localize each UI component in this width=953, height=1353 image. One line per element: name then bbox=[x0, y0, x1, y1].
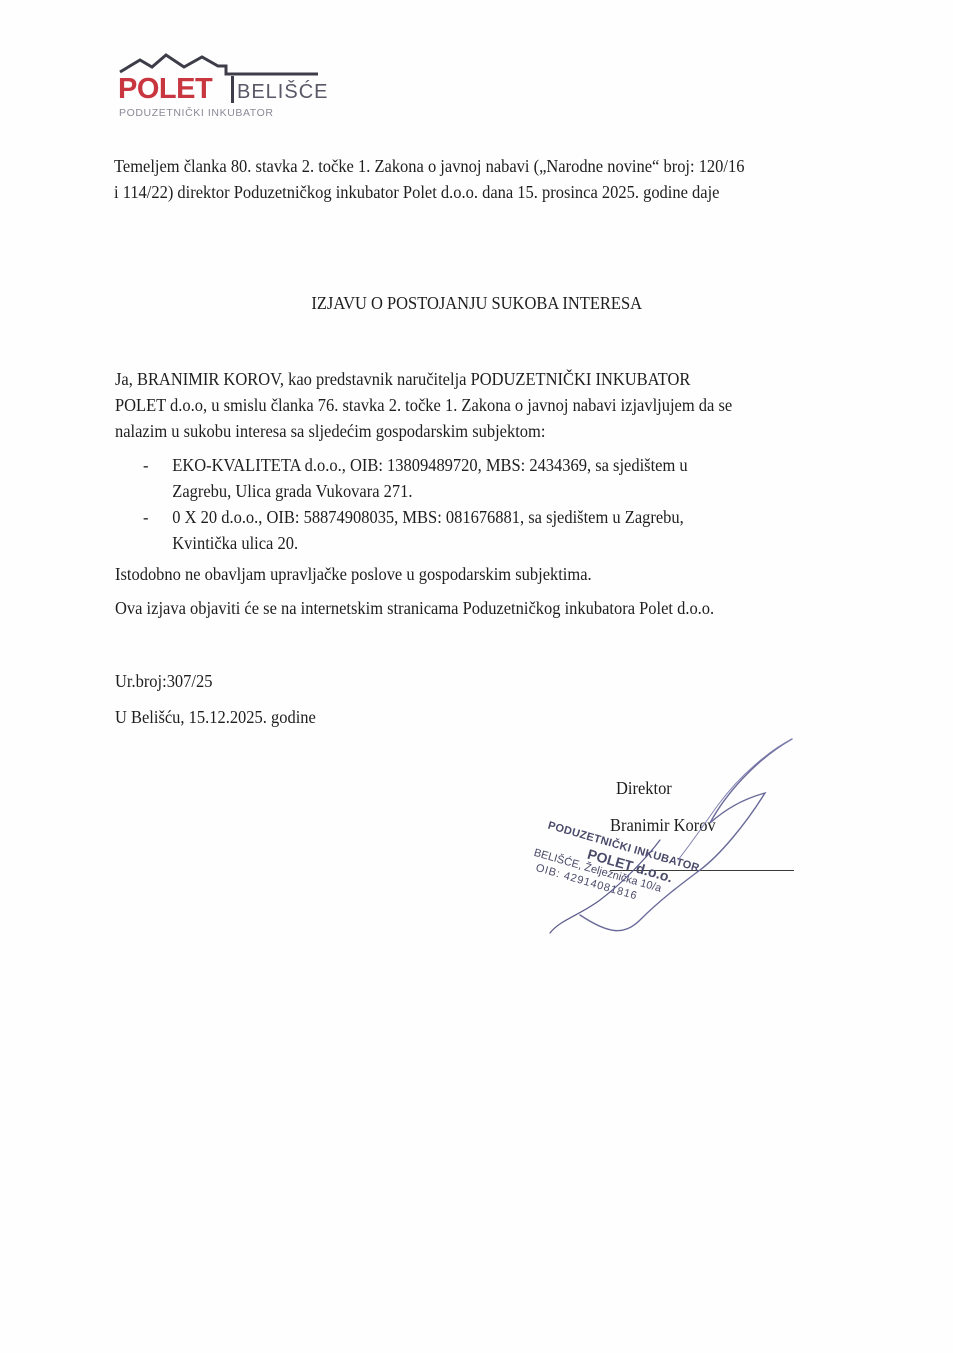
statement-paragraph: Ja, BRANIMIR KOROV, kao predstavnik naru… bbox=[115, 366, 732, 444]
entity-line: 0 X 20 d.o.o., OIB: 58874908035, MBS: 08… bbox=[172, 504, 687, 530]
intro-paragraph: Temeljem članka 80. stavka 2. točke 1. Z… bbox=[114, 153, 744, 205]
list-bullet: - bbox=[143, 504, 148, 530]
company-stamp: PODUZETNIČKI INKUBATOR POLET d.o.o. BELI… bbox=[511, 818, 736, 988]
management-statement: Istodobno ne obavljam upravljačke poslov… bbox=[115, 561, 592, 587]
publication-statement: Ova izjava objaviti će se na internetski… bbox=[115, 595, 714, 621]
document-page: POLET BELIŠĆE PODUZETNIČKI INKUBATOR Tem… bbox=[0, 0, 953, 1353]
signatory-name: Branimir Korov bbox=[610, 812, 716, 838]
list-bullet: - bbox=[143, 452, 148, 478]
reference-number: Ur.broj:307/25 bbox=[115, 668, 212, 694]
logo-divider bbox=[231, 76, 234, 103]
logo-subtitle: PODUZETNIČKI INKUBATOR bbox=[119, 107, 274, 119]
place-date: U Belišću, 15.12.2025. godine bbox=[115, 704, 316, 730]
signatory-role: Direktor bbox=[616, 775, 672, 801]
document-title-text: IZJAVU O POSTOJANJU SUKOBA INTERESA bbox=[311, 290, 642, 316]
list-item: - EKO-KVALITETA d.o.o., OIB: 13809489720… bbox=[143, 452, 688, 504]
list-item: - 0 X 20 d.o.o., OIB: 58874908035, MBS: … bbox=[143, 504, 688, 556]
statement-line: POLET d.o.o, u smislu članka 76. stavka … bbox=[115, 392, 732, 418]
entity-list: - EKO-KVALITETA d.o.o., OIB: 13809489720… bbox=[143, 452, 738, 556]
statement-line: nalazim u sukobu interesa sa sljedećim g… bbox=[115, 418, 732, 444]
statement-line: Ja, BRANIMIR KOROV, kao predstavnik naru… bbox=[115, 366, 732, 392]
logo-brand: POLET bbox=[118, 74, 212, 104]
entity-line: EKO-KVALITETA d.o.o., OIB: 13809489720, … bbox=[172, 452, 687, 478]
company-logo: POLET BELIŠĆE PODUZETNIČKI INKUBATOR bbox=[118, 52, 318, 118]
entity-line: Zagrebu, Ulica grada Vukovara 271. bbox=[172, 478, 687, 504]
intro-line: Temeljem članka 80. stavka 2. točke 1. Z… bbox=[114, 153, 744, 179]
document-title: IZJAVU O POSTOJANJU SUKOBA INTERESA bbox=[0, 290, 953, 316]
entity-line: Kvintička ulica 20. bbox=[172, 530, 687, 556]
intro-line: i 114/22) direktor Poduzetničkog inkubat… bbox=[114, 179, 744, 205]
logo-place: BELIŠĆE bbox=[237, 81, 328, 103]
